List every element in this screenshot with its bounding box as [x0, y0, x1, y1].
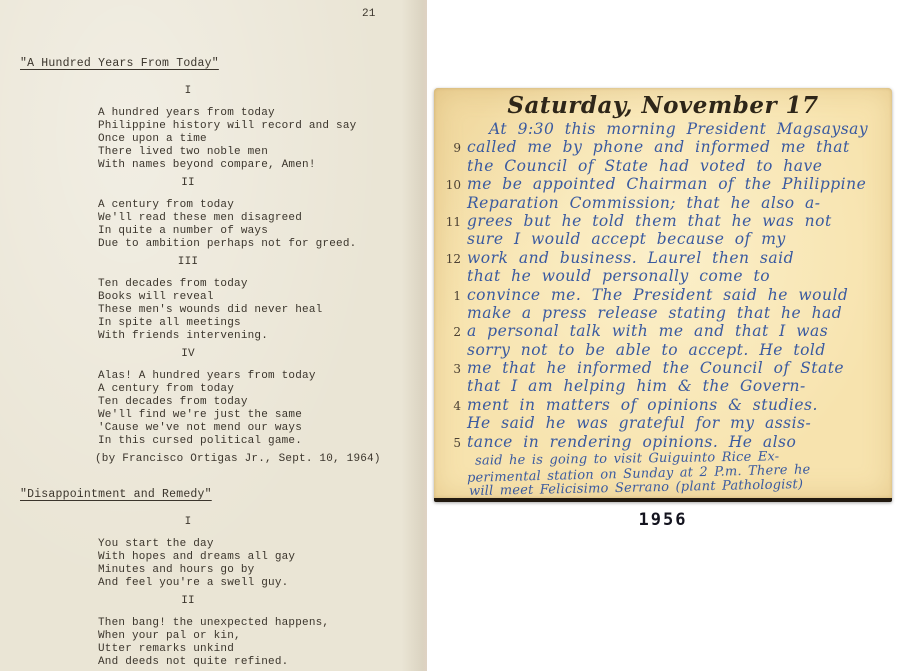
- diary-entry: At 9:30 this morning President Magsaysay…: [434, 120, 892, 495]
- poem-line: Then bang! the unexpected happens,: [98, 617, 378, 630]
- poem-line: In quite a number of ways: [98, 225, 378, 238]
- section-numeral: II: [98, 177, 278, 190]
- diary-page: Saturday, November 17 At 9:30 this morni…: [434, 88, 892, 502]
- diary-line-text: He said he was grateful for my assis-: [467, 414, 811, 432]
- poem-body: IA hundred years from todayPhilippine hi…: [98, 85, 378, 448]
- poem-body: IYou start the dayWith hopes and dreams …: [98, 516, 378, 669]
- poem-line: And deeds not quite refined.: [98, 656, 378, 669]
- poem-line: These men's wounds did never heal: [98, 304, 378, 317]
- poem-line: Philippine history will record and say: [98, 120, 378, 133]
- poem-line: With names beyond compare, Amen!: [98, 159, 378, 172]
- diary-hour-number: [434, 481, 467, 482]
- diary-line-text: Reparation Commission; that he also a-: [467, 194, 821, 212]
- poem-title: "A Hundred Years From Today": [20, 57, 427, 70]
- diary-line-text: sorry not to be able to accept. He told: [467, 341, 826, 359]
- poem-line: With hopes and dreams all gay: [98, 551, 378, 564]
- section-numeral: I: [98, 516, 278, 529]
- poem-line: A century from today: [98, 383, 378, 396]
- diary-line-text: make a press release stating that he had: [467, 304, 842, 322]
- diary-line: 11grees but he told them that he was not: [434, 212, 892, 230]
- diary-line: 10me be appointed Chairman of the Philip…: [434, 175, 892, 193]
- diary-line: that I am helping him & the Govern-: [434, 377, 892, 395]
- diary-line-text: that he would personally come to: [467, 267, 770, 285]
- poem-line: A hundred years from today: [98, 107, 378, 120]
- section-numeral: I: [98, 85, 278, 98]
- diary-line: sorry not to be able to accept. He told: [434, 341, 892, 359]
- diary-hour-number: 3: [434, 362, 467, 376]
- diary-line-text: work and business. Laurel then said: [467, 249, 794, 267]
- poem-line: In spite all meetings: [98, 317, 378, 330]
- section-numeral: III: [98, 256, 278, 269]
- diary-line: the Council of State had voted to have: [434, 157, 892, 175]
- section-numeral: IV: [98, 348, 278, 361]
- stanza: A hundred years from todayPhilippine his…: [98, 107, 378, 172]
- diary-line: that he would personally come to: [434, 267, 892, 285]
- diary-hour-number: [434, 495, 467, 496]
- poem-line: We'll find we're just the same: [98, 409, 378, 422]
- poem-line: Once upon a time: [98, 133, 378, 146]
- diary-hour-number: 10: [434, 178, 467, 192]
- diary-hour-number: 1: [434, 289, 467, 303]
- stanza: Alas! A hundred years from todayA centur…: [98, 370, 378, 448]
- poem-line: 'Cause we've not mend our ways: [98, 422, 378, 435]
- poem-line: You start the day: [98, 538, 378, 551]
- poem-line: Minutes and hours go by: [98, 564, 378, 577]
- diary-line: 12work and business. Laurel then said: [434, 249, 892, 267]
- diary-hour-number: 11: [434, 215, 467, 229]
- diary-line: Reparation Commission; that he also a-: [434, 194, 892, 212]
- diary-line: 3me that he informed the Council of Stat…: [434, 359, 892, 377]
- poem-line: Utter remarks unkind: [98, 643, 378, 656]
- poem: "A Hundred Years From Today"IA hundred y…: [0, 57, 427, 466]
- page-number: 21: [362, 8, 376, 21]
- diary-line-text: ment in matters of opinions & studies.: [467, 396, 818, 414]
- poem-line: Due to ambition perhaps not for greed.: [98, 238, 378, 251]
- poem-line: There lived two noble men: [98, 146, 378, 159]
- diary-line-text: that I am helping him & the Govern-: [467, 377, 806, 395]
- diary-line-text: a personal talk with me and that I was: [467, 322, 828, 340]
- diary-hour-number: 9: [434, 141, 467, 155]
- poem-line: With friends intervening.: [98, 330, 378, 343]
- poem-line: And feel you're a swell guy.: [98, 577, 378, 590]
- stanza: Ten decades from todayBooks will revealT…: [98, 278, 378, 343]
- stanza: A century from todayWe'll read these men…: [98, 199, 378, 251]
- diary-line-text: me be appointed Chairman of the Philippi…: [467, 175, 866, 193]
- poem-line: Ten decades from today: [98, 278, 378, 291]
- poem-attribution: (by Francisco Ortigas Jr., Sept. 10, 196…: [95, 453, 427, 466]
- diary-hour-number: 2: [434, 325, 467, 339]
- diary-line-text: called me by phone and informed me that: [467, 138, 850, 156]
- stanza: You start the dayWith hopes and dreams a…: [98, 538, 378, 590]
- poem-title: "Disappointment and Remedy": [20, 488, 427, 501]
- poem: "Disappointment and Remedy"IYou start th…: [0, 488, 427, 669]
- diary-line-text: convince me. The President said he would: [467, 286, 848, 304]
- diary-scan-panel: Saturday, November 17 At 9:30 this morni…: [427, 0, 900, 671]
- poem-line: We'll read these men disagreed: [98, 212, 378, 225]
- poem-line: When your pal or kin,: [98, 630, 378, 643]
- diary-line-text: tance in rendering opinions. He also: [467, 433, 796, 451]
- diary-line-text: At 9:30 this morning President Magsaysay: [467, 120, 868, 138]
- diary-line: make a press release stating that he had: [434, 304, 892, 322]
- diary-hour-number: 4: [434, 399, 467, 413]
- diary-line: 9called me by phone and informed me that: [434, 138, 892, 156]
- year-caption: 1956: [434, 510, 892, 530]
- stanza: Then bang! the unexpected happens,When y…: [98, 617, 378, 669]
- diary-date-header: Saturday, November 17: [434, 92, 892, 120]
- diary-line-text: the Council of State had voted to have: [467, 157, 822, 175]
- section-numeral: II: [98, 595, 278, 608]
- diary-line: He said he was grateful for my assis-: [434, 414, 892, 432]
- diary-line: At 9:30 this morning President Magsaysay: [434, 120, 892, 138]
- diary-line-text: grees but he told them that he was not: [467, 212, 832, 230]
- typewritten-poem-page: 21 "A Hundred Years From Today"IA hundre…: [0, 0, 427, 671]
- diary-hour-number: 5: [434, 436, 467, 450]
- poems-container: "A Hundred Years From Today"IA hundred y…: [0, 57, 427, 669]
- poem-line: In this cursed political game.: [98, 435, 378, 448]
- poem-line: Books will reveal: [98, 291, 378, 304]
- poem-line: A century from today: [98, 199, 378, 212]
- diary-line: 2a personal talk with me and that I was: [434, 322, 892, 340]
- poem-line: Alas! A hundred years from today: [98, 370, 378, 383]
- diary-line: sure I would accept because of my: [434, 230, 892, 248]
- diary-line: 4ment in matters of opinions & studies.: [434, 396, 892, 414]
- poem-line: Ten decades from today: [98, 396, 378, 409]
- diary-line: 1convince me. The President said he woul…: [434, 286, 892, 304]
- diary-line-text: sure I would accept because of my: [467, 230, 786, 248]
- diary-hour-number: 12: [434, 252, 467, 266]
- diary-line-text: me that he informed the Council of State: [467, 359, 844, 377]
